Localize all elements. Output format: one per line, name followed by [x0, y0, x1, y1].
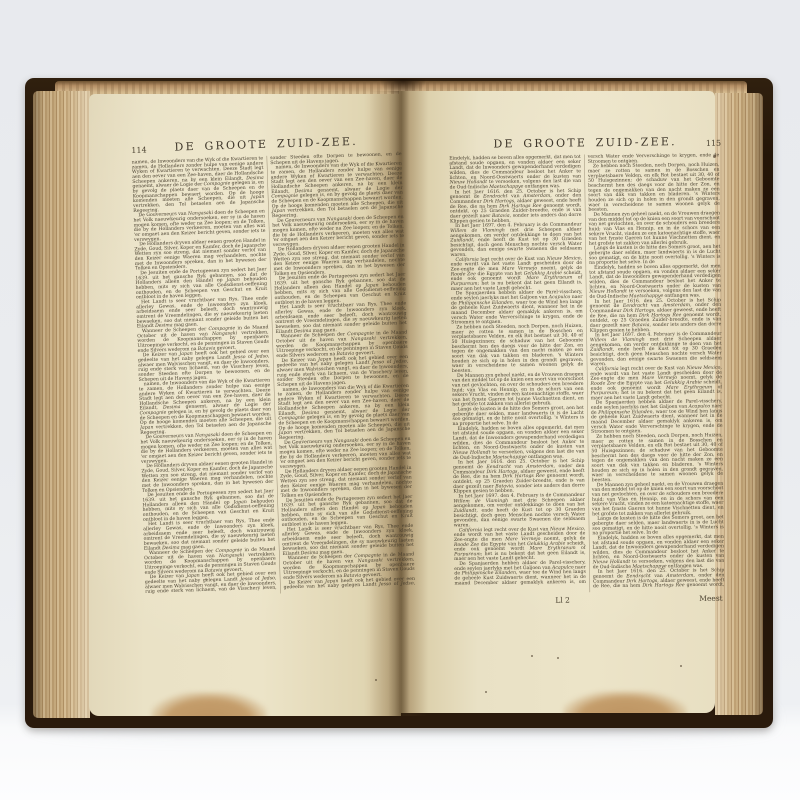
left-running-header: DE GROOTE ZUID-ZEE. [157, 134, 375, 154]
right-running-header: DE GROOTE ZUID-ZEE. [475, 135, 695, 151]
left-page-content: 114 DE GROOTE ZUID-ZEE. namen, de Inwoon… [131, 132, 416, 620]
foxing-speck [531, 655, 533, 657]
signature-mark: Ll 2 [555, 595, 570, 604]
damp-stain [563, 691, 687, 713]
damp-stain [151, 692, 267, 716]
left-head-spacer [375, 147, 401, 148]
right-page-content: DE GROOTE ZUID-ZEE. 115 Eindelyk, hadden… [449, 133, 727, 622]
page-stack-left-fore-edge [33, 91, 90, 718]
left-page-number: 114 [131, 145, 157, 155]
right-text-block: Eindelyk, hadden se boven alles opgemerk… [449, 153, 724, 594]
foxing-speck [557, 657, 559, 659]
right-page-number: 115 [695, 139, 721, 148]
foxing-speck [375, 679, 377, 681]
left-text-block: namen, de Inwoonders van die Wyk of die … [132, 152, 416, 598]
right-page-foot: Ll 2 Meest [455, 592, 727, 607]
foxing-speck [713, 155, 716, 158]
catchword: Meest [699, 593, 723, 602]
foxing-speck [205, 578, 207, 580]
foxing-speck [680, 665, 682, 667]
left-text-columns: namen, de Inwoonders van die Wyk of die … [132, 152, 416, 598]
book: 114 DE GROOTE ZUID-ZEE. namen, de Inwoon… [25, 78, 773, 728]
right-text-columns: Eindelyk, hadden se boven alles opgemerk… [449, 153, 724, 594]
right-page-head: DE GROOTE ZUID-ZEE. 115 [449, 133, 721, 151]
foxing-speck [485, 691, 487, 693]
photo-background: 114 DE GROOTE ZUID-ZEE. namen, de Inwoon… [0, 0, 800, 800]
